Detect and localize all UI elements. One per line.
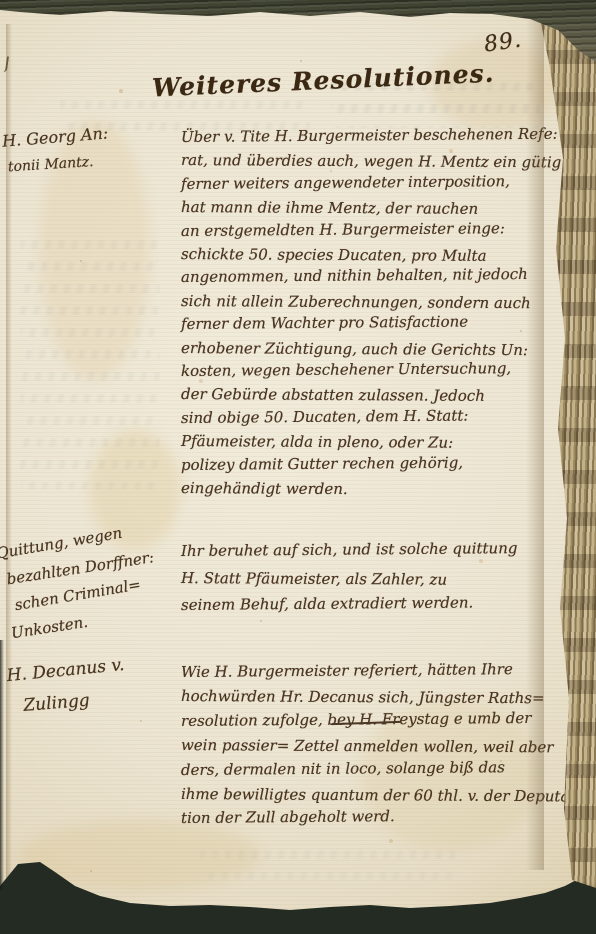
manuscript-line: sind obige 50. Ducaten, dem H. Statt: — [181, 404, 549, 431]
margin-note-line: tonii Mantz. — [3, 148, 111, 182]
manuscript-line: angenommen, und nithin behalten, nit jed… — [181, 263, 549, 290]
body-paragraph-1: Über v. Tite H. Burgermeister beschehene… — [181, 126, 549, 501]
manuscript-line: seinem Behuf, alda extradiert werden. — [181, 589, 549, 619]
manuscript-line: kosten, wegen beschehener Untersuchung, — [181, 357, 549, 384]
body-paragraph-2: Ihr beruhet auf sich, und ist solche qui… — [181, 538, 549, 619]
manuscript-line: ders, dermalen nit in loco, solange biß … — [181, 754, 549, 782]
bleed-through-writing — [200, 850, 460, 880]
manuscript-scan: 89. Weiteres Resolutiones. H. Georg An:t… — [0, 0, 596, 934]
manuscript-line: polizey damit Gutter rechen gehörig, — [181, 450, 549, 477]
manuscript-line: an erstgemeldten H. Burgermeister einge: — [181, 216, 549, 243]
manuscript-line: eingehändigt werden. — [181, 477, 549, 503]
manuscript-line: Ihr beruhet auf sich, und ist solche qui… — [181, 535, 549, 565]
manuscript-line: Wie H. Burgermeister referiert, hätten I… — [181, 657, 549, 685]
page-title: Weiteres Resolutiones. — [152, 59, 495, 103]
left-page-edge — [0, 640, 4, 890]
manuscript-line: Über v. Tite H. Burgermeister beschehene… — [181, 123, 549, 150]
margin-note-georg-mantz: H. Georg An:tonii Mantz. — [1, 120, 111, 181]
manuscript-line: ferner dem Wachter pro Satisfactione — [181, 310, 549, 337]
margin-note-decanus: H. Decanus v.Zulingg — [6, 651, 129, 723]
bleed-through-writing — [20, 240, 160, 490]
margin-note-quittung: Quittung, wegenbezahlten Dorffner:schen … — [0, 517, 164, 648]
manuscript-line: tion der Zull abgeholt werd. — [181, 803, 549, 831]
body-paragraph-3: Wie H. Burgermeister referiert, hätten I… — [181, 660, 549, 831]
page-sheet: 89. Weiteres Resolutiones. H. Georg An:t… — [0, 0, 596, 934]
page-number: 89. — [482, 27, 523, 57]
manuscript-line: resolution zufolge, bey H. Freystag e um… — [181, 706, 549, 734]
manuscript-line: ferner weiters angewendeter interpositio… — [181, 170, 549, 197]
